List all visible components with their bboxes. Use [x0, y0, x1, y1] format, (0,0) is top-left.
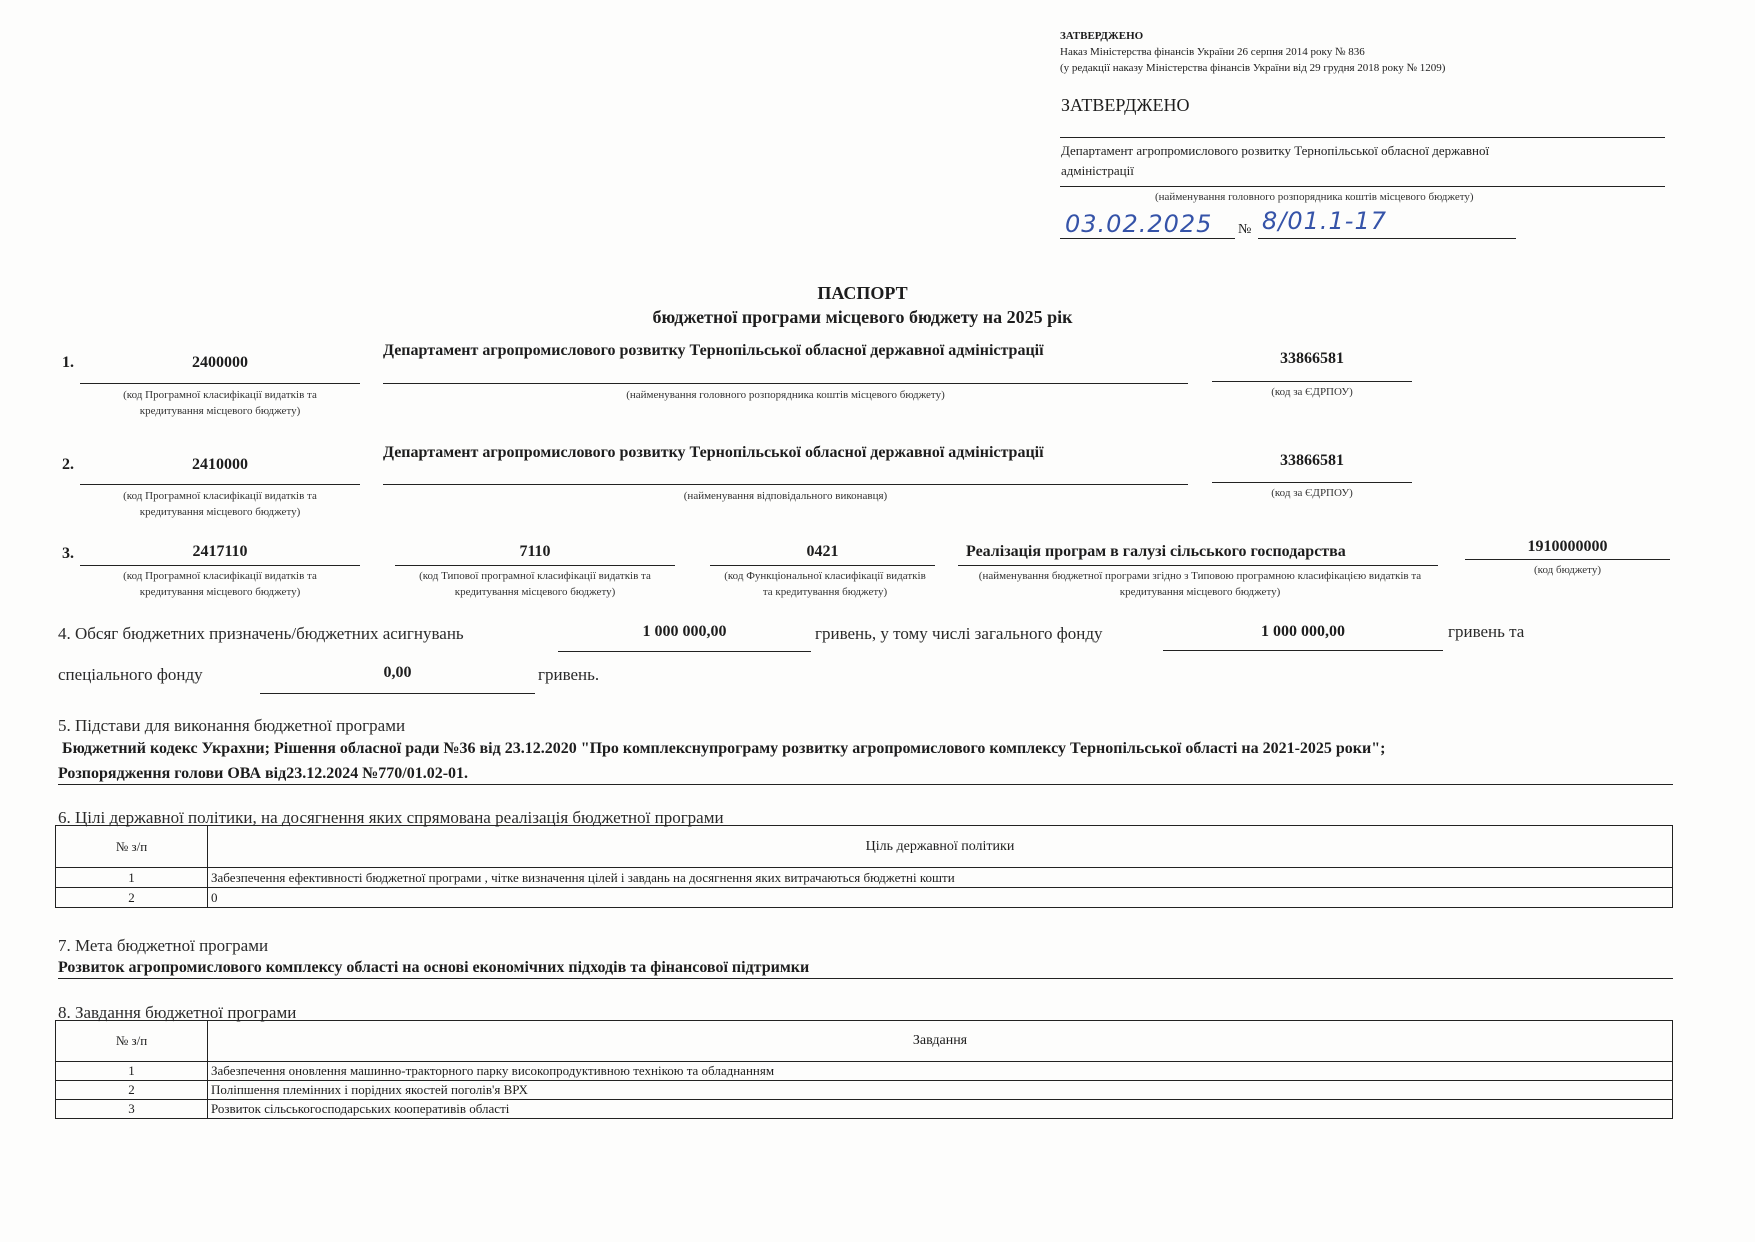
item3-num: 3. — [62, 545, 74, 563]
page-title: ПАСПОРТ — [0, 283, 1725, 304]
item3-functional-caption: (код Функціональної класифікації видаткі… — [720, 568, 930, 600]
approval-authority: Департамент агропромислового розвитку Те… — [1061, 141, 1489, 181]
item3-code-caption: (код Програмної класифікації видатків та… — [95, 568, 345, 600]
page-subtitle: бюджетної програми місцевого бюджету на … — [0, 307, 1725, 328]
item4-mid-text: гривень, у тому числі загального фонду — [815, 624, 1103, 644]
item2-code: 2410000 — [80, 456, 360, 474]
item2-num: 2. — [62, 456, 74, 474]
item3-functional-code: 0421 — [710, 543, 935, 561]
row-text: Забезпечення ефективності бюджетної прог… — [208, 868, 1673, 888]
stamp-edition-line: (у редакції наказу Міністерства фінансів… — [1060, 60, 1445, 76]
item2-name-caption: (найменування відповідального виконавця) — [383, 488, 1188, 504]
item2-edrpou-caption: (код за ЄДРПОУ) — [1212, 485, 1412, 501]
item5-basis-line2: Розпорядження голови ОВА від23.12.2024 №… — [58, 765, 468, 783]
special-fund-amount: 0,00 — [260, 664, 535, 682]
item3-code: 2417110 — [80, 543, 360, 561]
row-num: 2 — [56, 888, 208, 908]
table-row: 3 Розвиток сільськогосподарських коопера… — [56, 1100, 1673, 1119]
stamp-order-line: Наказ Міністерства фінансів України 26 с… — [1060, 44, 1445, 60]
item3-program-name: Реалізація програм в галузі сільського г… — [958, 543, 1446, 561]
table-header-row: № з/п Завдання — [56, 1021, 1673, 1062]
item3-typical-code: 7110 — [395, 543, 675, 561]
item3-budget-caption: (код бюджету) — [1465, 562, 1670, 578]
item5-basis-line1: Бюджетний кодекс Украхни; Рішення обласн… — [62, 740, 1385, 758]
col-task-header: Завдання — [208, 1021, 1673, 1062]
special-fund-tail: гривень. — [538, 665, 599, 685]
item4-label: 4. Обсяг бюджетних призначень/бюджетних … — [58, 624, 464, 644]
col-num-header: № з/п — [56, 1021, 208, 1062]
authority-caption: (найменування головного розпорядника кош… — [1155, 191, 1474, 203]
program-tasks-table: № з/п Завдання 1 Забезпечення оновлення … — [55, 1020, 1673, 1119]
table-row: 2 Поліпшення племінних і порідних якосте… — [56, 1081, 1673, 1100]
item5-label: 5. Підстави для виконання бюджетної прог… — [58, 716, 405, 736]
item1-name-caption: (найменування головного розпорядника кош… — [383, 387, 1188, 403]
general-fund-amount: 1 000 000,00 — [1163, 623, 1443, 641]
item3-typical-caption: (код Типової програмної класифікації вид… — [395, 568, 675, 600]
item2-edrpou: 33866581 — [1212, 452, 1412, 470]
item1-num: 1. — [62, 354, 74, 372]
item4-tail-text: гривень та — [1448, 622, 1524, 642]
approval-date: 03.02.2025 — [1065, 210, 1212, 238]
item3-budget-code: 1910000000 — [1465, 538, 1670, 556]
row-num: 3 — [56, 1100, 208, 1119]
item2-code-caption: (код Програмної класифікації видатків та… — [95, 488, 345, 520]
table-row: 2 0 — [56, 888, 1673, 908]
item7-label: 7. Мета бюджетної програми — [58, 936, 268, 956]
table-row: 1 Забезпечення оновлення машинно-трактор… — [56, 1062, 1673, 1081]
row-text: 0 — [208, 888, 1673, 908]
col-goal-header: Ціль державної політики — [208, 826, 1673, 868]
special-fund-label: спеціального фонду — [58, 665, 203, 685]
approval-number: 8/01.1-17 — [1262, 207, 1387, 235]
item1-edrpou-caption: (код за ЄДРПОУ) — [1212, 384, 1412, 400]
item1-code: 2400000 — [80, 354, 360, 372]
authority-line-2: адміністрації — [1061, 161, 1489, 181]
approval-stamp: ЗАТВЕРДЖЕНО Наказ Міністерства фінансів … — [1060, 28, 1445, 76]
item1-edrpou: 33866581 — [1212, 350, 1412, 368]
row-num: 1 — [56, 868, 208, 888]
row-num: 1 — [56, 1062, 208, 1081]
authority-line-1: Департамент агропромислового розвитку Те… — [1061, 141, 1489, 161]
total-amount: 1 000 000,00 — [558, 623, 811, 641]
row-text: Розвиток сільськогосподарських кооперати… — [208, 1100, 1673, 1119]
number-sign: № — [1238, 222, 1251, 238]
policy-goals-table: № з/п Ціль державної політики 1 Забезпеч… — [55, 825, 1673, 908]
approval-title: ЗАТВЕРДЖЕНО — [1061, 95, 1190, 116]
item1-name: Департамент агропромислового розвитку Те… — [383, 342, 1123, 360]
item1-code-caption: (код Програмної класифікації видатків та… — [95, 387, 345, 419]
row-text: Забезпечення оновлення машинно-тракторно… — [208, 1062, 1673, 1081]
table-row: 1 Забезпечення ефективності бюджетної пр… — [56, 868, 1673, 888]
program-goal: Розвиток агропромислового комплексу обла… — [58, 959, 809, 977]
col-num-header: № з/п — [56, 826, 208, 868]
item2-name: Департамент агропромислового розвитку Те… — [383, 444, 1123, 462]
table-header-row: № з/п Ціль державної політики — [56, 826, 1673, 868]
stamp-title: ЗАТВЕРДЖЕНО — [1060, 28, 1445, 44]
row-num: 2 — [56, 1081, 208, 1100]
row-text: Поліпшення племінних і порідних якостей … — [208, 1081, 1673, 1100]
item3-program-caption: (найменування бюджетної програми згідно … — [965, 568, 1435, 600]
